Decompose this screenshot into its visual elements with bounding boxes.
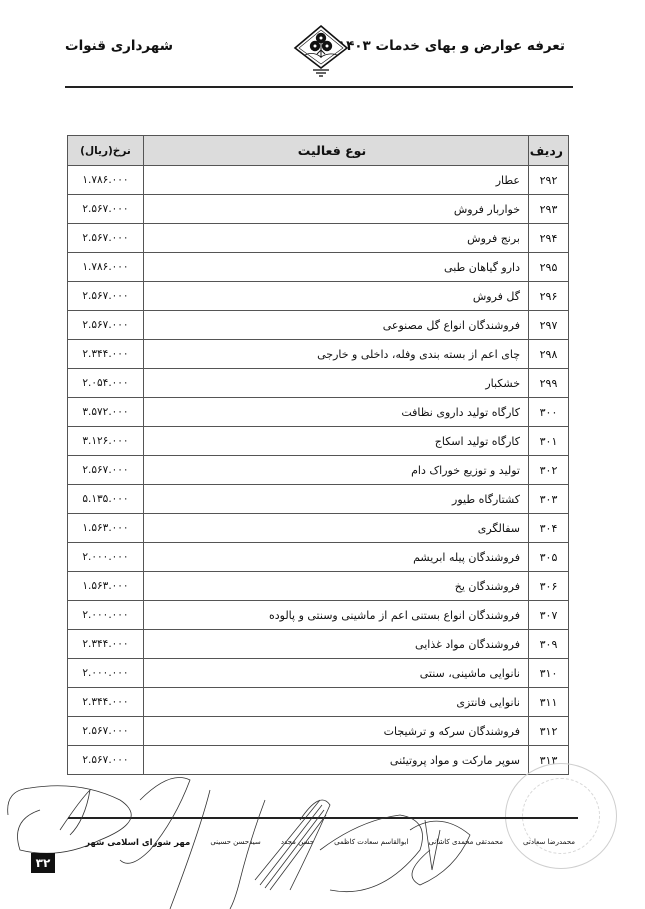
row-number-cell: ۳۰۵ <box>529 543 569 572</box>
activity-cell: فروشندگان انواع گل مصنوعی <box>144 311 529 340</box>
row-number-cell: ۳۰۱ <box>529 427 569 456</box>
tariff-table-container: ردیف نوع فعالیت نرخ(ریال) ۲۹۲عطار۱.۷۸۶.۰… <box>67 135 569 775</box>
price-cell: ۲.۰۵۴.۰۰۰ <box>68 369 144 398</box>
signatory-name: ابوالقاسم سعادت کاظمی <box>334 838 408 852</box>
document-title: تعرفه عوارض و بهای خدمات ۱۴۰۳ <box>338 38 565 54</box>
table-row: ۳۱۱نانوایی فانتزی۲.۳۴۴.۰۰۰ <box>68 688 569 717</box>
table-row: ۳۰۵فروشندگان پیله ابریشم۲.۰۰۰.۰۰۰ <box>68 543 569 572</box>
column-header-price: نرخ(ریال) <box>68 136 144 166</box>
page-number-badge: ۳۲ <box>31 853 55 873</box>
column-header-activity: نوع فعالیت <box>144 136 529 166</box>
row-number-cell: ۲۹۶ <box>529 282 569 311</box>
price-cell: ۲.۰۰۰.۰۰۰ <box>68 601 144 630</box>
row-number-cell: ۳۰۳ <box>529 485 569 514</box>
signatory-name: محمدرضا سعادتی <box>523 838 575 852</box>
activity-cell: فروشندگان پیله ابریشم <box>144 543 529 572</box>
price-cell: ۲.۳۴۴.۰۰۰ <box>68 630 144 659</box>
table-row: ۳۱۰نانوایی ماشینی، سنتی۲.۰۰۰.۰۰۰ <box>68 659 569 688</box>
price-cell: ۱.۵۶۳.۰۰۰ <box>68 514 144 543</box>
tariff-table: ردیف نوع فعالیت نرخ(ریال) ۲۹۲عطار۱.۷۸۶.۰… <box>67 135 569 775</box>
activity-cell: گل فروش <box>144 282 529 311</box>
price-cell: ۱.۵۶۳.۰۰۰ <box>68 572 144 601</box>
signature-line <box>68 817 578 819</box>
table-row: ۲۹۲عطار۱.۷۸۶.۰۰۰ <box>68 166 569 195</box>
row-number-cell: ۳۱۰ <box>529 659 569 688</box>
row-number-cell: ۲۹۵ <box>529 253 569 282</box>
price-cell: ۲.۵۶۷.۰۰۰ <box>68 456 144 485</box>
activity-cell: عطار <box>144 166 529 195</box>
signatory-name: حسن مجدد <box>281 838 314 852</box>
price-cell: ۲.۳۴۴.۰۰۰ <box>68 340 144 369</box>
activity-cell: برنج فروش <box>144 224 529 253</box>
table-row: ۲۹۹خشکبار۲.۰۵۴.۰۰۰ <box>68 369 569 398</box>
table-body: ۲۹۲عطار۱.۷۸۶.۰۰۰۲۹۳خواربار فروش۲.۵۶۷.۰۰۰… <box>68 166 569 775</box>
table-row: ۳۰۰کارگاه تولید داروی نظافت۳.۵۷۲.۰۰۰ <box>68 398 569 427</box>
price-cell: ۱.۷۸۶.۰۰۰ <box>68 253 144 282</box>
row-number-cell: ۳۰۹ <box>529 630 569 659</box>
activity-cell: کشتارگاه طیور <box>144 485 529 514</box>
header-divider <box>65 86 573 88</box>
table-row: ۲۹۸چای اعم از بسته بندی وفله، داخلی و خا… <box>68 340 569 369</box>
table-row: ۳۰۹فروشندگان مواد غذایی۲.۳۴۴.۰۰۰ <box>68 630 569 659</box>
table-row: ۲۹۳خواربار فروش۲.۵۶۷.۰۰۰ <box>68 195 569 224</box>
table-row: ۳۱۲فروشندگان سرکه و ترشیجات۲.۵۶۷.۰۰۰ <box>68 717 569 746</box>
price-cell: ۲.۵۶۷.۰۰۰ <box>68 311 144 340</box>
activity-cell: نانوایی فانتزی <box>144 688 529 717</box>
row-number-cell: ۲۹۳ <box>529 195 569 224</box>
municipality-name: شهرداری قنوات <box>65 38 173 54</box>
document-page: تعرفه عوارض و بهای خدمات ۱۴۰۳ شهرداری قن… <box>0 0 645 909</box>
table-row: ۲۹۵دارو گیاهان طبی۱.۷۸۶.۰۰۰ <box>68 253 569 282</box>
row-number-cell: ۲۹۸ <box>529 340 569 369</box>
price-cell: ۳.۱۲۶.۰۰۰ <box>68 427 144 456</box>
table-header-row: ردیف نوع فعالیت نرخ(ریال) <box>68 136 569 166</box>
table-row: ۳۰۴سفالگری۱.۵۶۳.۰۰۰ <box>68 514 569 543</box>
table-row: ۳۰۷فروشندگان انواع بستنی اعم از ماشینی و… <box>68 601 569 630</box>
activity-cell: سفالگری <box>144 514 529 543</box>
price-cell: ۵.۱۳۵.۰۰۰ <box>68 485 144 514</box>
activity-cell: کارگاه تولید اسکاج <box>144 427 529 456</box>
activity-cell: چای اعم از بسته بندی وفله، داخلی و خارجی <box>144 340 529 369</box>
price-cell: ۲.۵۶۷.۰۰۰ <box>68 282 144 311</box>
row-number-cell: ۳۰۲ <box>529 456 569 485</box>
row-number-cell: ۳۰۶ <box>529 572 569 601</box>
activity-cell: کارگاه تولید داروی نظافت <box>144 398 529 427</box>
activity-cell: دارو گیاهان طبی <box>144 253 529 282</box>
row-number-cell: ۲۹۷ <box>529 311 569 340</box>
row-number-cell: ۲۹۴ <box>529 224 569 253</box>
price-cell: ۲.۰۰۰.۰۰۰ <box>68 543 144 572</box>
price-cell: ۲.۵۶۷.۰۰۰ <box>68 746 144 775</box>
table-row: ۳۰۱کارگاه تولید اسکاج۳.۱۲۶.۰۰۰ <box>68 427 569 456</box>
activity-cell: فروشندگان انواع بستنی اعم از ماشینی وسنت… <box>144 601 529 630</box>
activity-cell: فروشندگان سرکه و ترشیجات <box>144 717 529 746</box>
table-row: ۲۹۴برنج فروش۲.۵۶۷.۰۰۰ <box>68 224 569 253</box>
table-row: ۳۰۲تولید و توزیع خوراک دام۲.۵۶۷.۰۰۰ <box>68 456 569 485</box>
table-row: ۳۰۳کشتارگاه طیور۵.۱۳۵.۰۰۰ <box>68 485 569 514</box>
row-number-cell: ۲۹۲ <box>529 166 569 195</box>
price-cell: ۲.۵۶۷.۰۰۰ <box>68 224 144 253</box>
price-cell: ۲.۳۴۴.۰۰۰ <box>68 688 144 717</box>
activity-cell: تولید و توزیع خوراک دام <box>144 456 529 485</box>
signatories-row: مهر شورای اسلامی شهر سیدحسن حسینی حسن مج… <box>85 838 575 852</box>
activity-cell: خواربار فروش <box>144 195 529 224</box>
price-cell: ۲.۵۶۷.۰۰۰ <box>68 717 144 746</box>
row-number-cell: ۳۰۴ <box>529 514 569 543</box>
row-number-cell: ۳۱۲ <box>529 717 569 746</box>
activity-cell: فروشندگان یخ <box>144 572 529 601</box>
price-cell: ۱.۷۸۶.۰۰۰ <box>68 166 144 195</box>
price-cell: ۲.۰۰۰.۰۰۰ <box>68 659 144 688</box>
council-seal-label: مهر شورای اسلامی شهر <box>85 838 190 852</box>
column-header-row-no: ردیف <box>529 136 569 166</box>
price-cell: ۲.۵۶۷.۰۰۰ <box>68 195 144 224</box>
signatory-name: محمدتقی محمدی کاشانی <box>428 838 502 852</box>
table-row: ۳۰۶فروشندگان یخ۱.۵۶۳.۰۰۰ <box>68 572 569 601</box>
signatory-name: سیدحسن حسینی <box>210 838 260 852</box>
activity-cell: سوپر مارکت و مواد پروتیئنی <box>144 746 529 775</box>
row-number-cell: ۳۱۱ <box>529 688 569 717</box>
row-number-cell: ۲۹۹ <box>529 369 569 398</box>
row-number-cell: ۳۰۰ <box>529 398 569 427</box>
table-row: ۲۹۷فروشندگان انواع گل مصنوعی۲.۵۶۷.۰۰۰ <box>68 311 569 340</box>
table-row: ۲۹۶گل فروش۲.۵۶۷.۰۰۰ <box>68 282 569 311</box>
municipality-emblem-icon <box>291 24 351 80</box>
activity-cell: نانوایی ماشینی، سنتی <box>144 659 529 688</box>
row-number-cell: ۳۰۷ <box>529 601 569 630</box>
activity-cell: خشکبار <box>144 369 529 398</box>
price-cell: ۳.۵۷۲.۰۰۰ <box>68 398 144 427</box>
table-row: ۳۱۳سوپر مارکت و مواد پروتیئنی۲.۵۶۷.۰۰۰ <box>68 746 569 775</box>
activity-cell: فروشندگان مواد غذایی <box>144 630 529 659</box>
